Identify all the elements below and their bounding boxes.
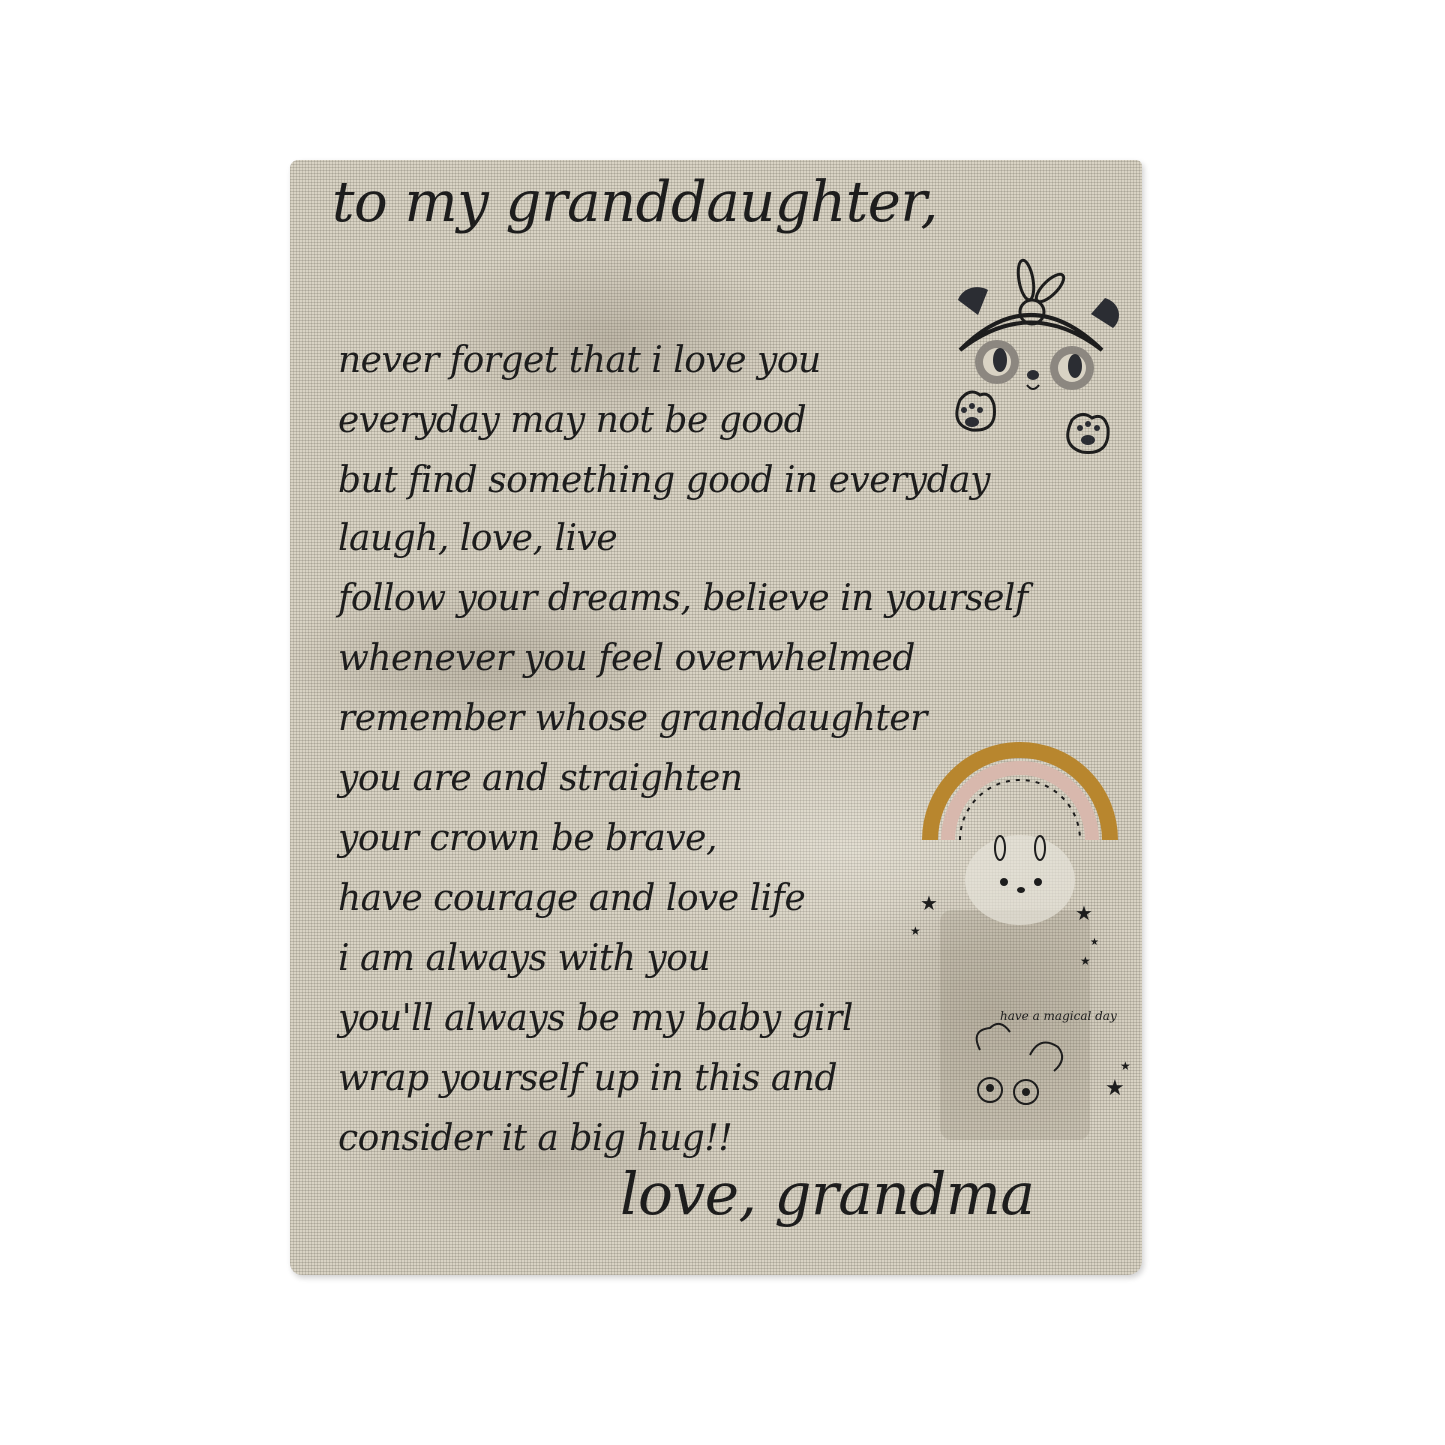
svg-text:★: ★ bbox=[1120, 1059, 1131, 1073]
signature: love, grandma bbox=[620, 1160, 1034, 1228]
svg-text:★: ★ bbox=[1090, 937, 1099, 948]
message-line: you are and straighten bbox=[338, 758, 743, 799]
blanket-title: to my granddaughter, bbox=[332, 170, 938, 235]
blanket: to my granddaughter, never forget that i… bbox=[290, 160, 1142, 1275]
panda-illustration-icon bbox=[930, 240, 1140, 460]
message-line: your crown be brave, bbox=[338, 818, 717, 859]
message-line: follow your dreams, believe in yourself bbox=[338, 578, 1028, 619]
message-line: have courage and love life bbox=[338, 878, 805, 919]
svg-text:★: ★ bbox=[910, 924, 921, 938]
message-line: wrap yourself up in this and bbox=[338, 1058, 837, 1099]
svg-text:★: ★ bbox=[920, 893, 938, 915]
message-line: i am always with you bbox=[338, 938, 710, 979]
message-line: everyday may not be good bbox=[338, 400, 806, 441]
message-line: but find something good in everyday bbox=[338, 460, 990, 501]
svg-text:★: ★ bbox=[1080, 954, 1091, 968]
message-line: remember whose granddaughter bbox=[338, 698, 927, 739]
card-text: have a magical day bbox=[1000, 1009, 1117, 1023]
svg-text:★: ★ bbox=[1075, 903, 1093, 925]
message-line: never forget that i love you bbox=[338, 340, 821, 381]
bunny-rainbow-illustration-icon: ★ ★ ★ ★ ★ have a magical day ★ ★ bbox=[900, 730, 1140, 1150]
svg-text:★: ★ bbox=[1105, 1075, 1125, 1100]
message-line: laugh, love, live bbox=[338, 518, 617, 559]
message-line: you'll always be my baby girl bbox=[338, 998, 853, 1039]
message-line: whenever you feel overwhelmed bbox=[338, 638, 915, 679]
message-line: consider it a big hug!! bbox=[338, 1118, 732, 1159]
